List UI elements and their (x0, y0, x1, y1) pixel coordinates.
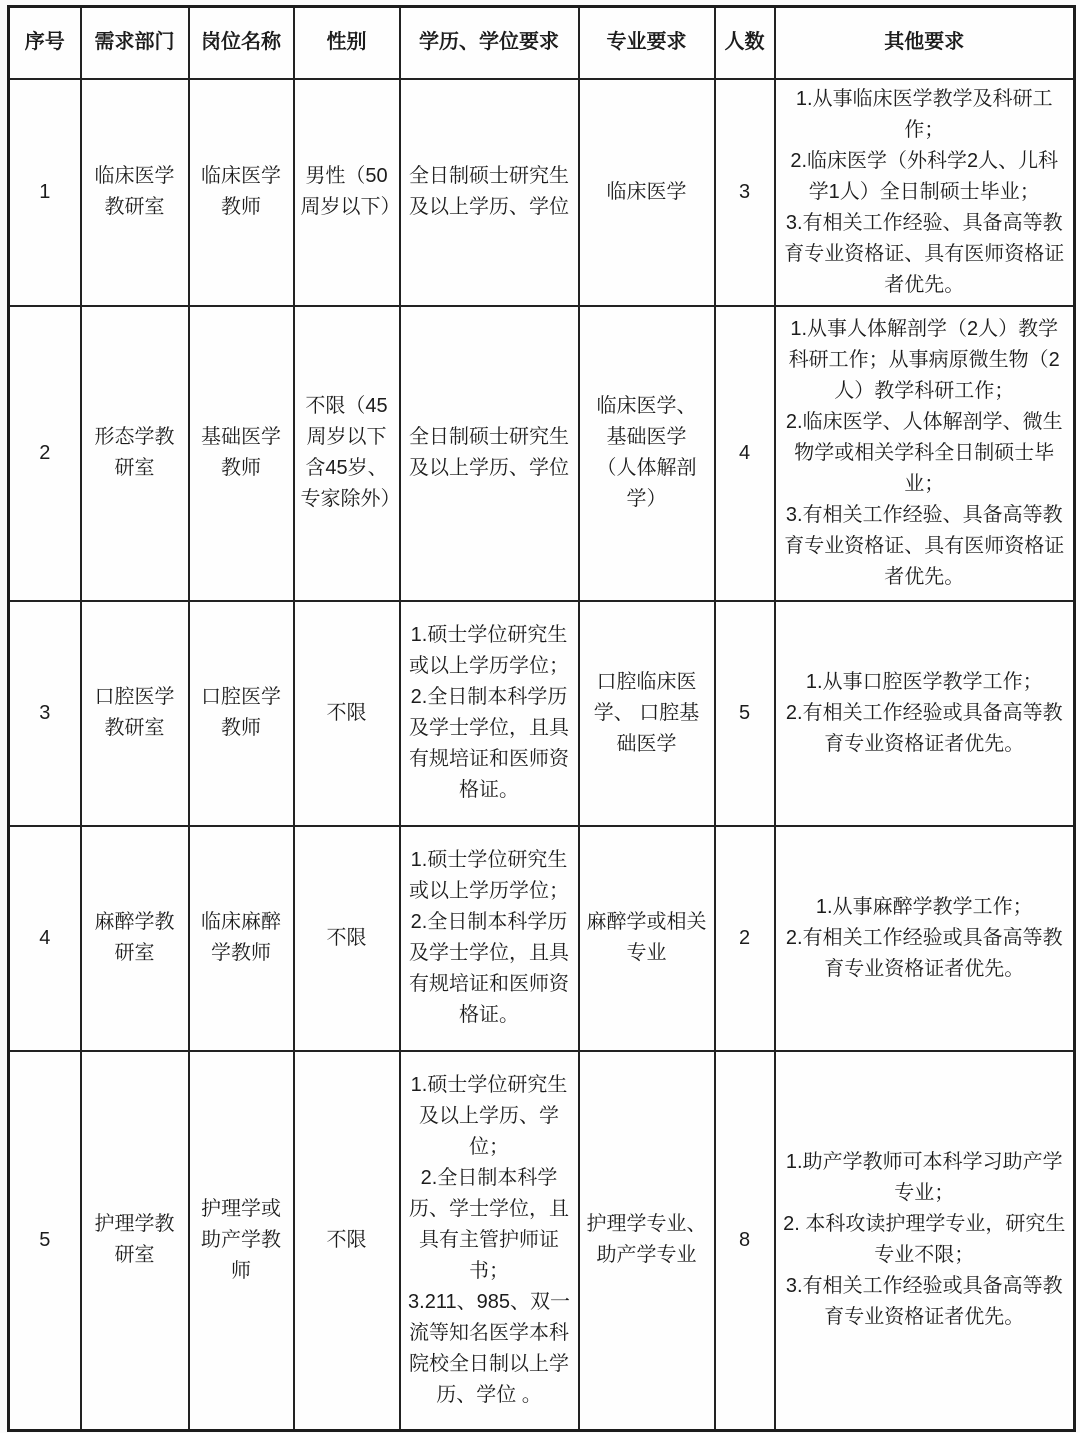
cell-gender: 不限（45周岁以下含45岁、专家除外） (294, 306, 400, 601)
cell-department: 口腔医学教研室 (81, 601, 189, 826)
cell-headcount: 2 (715, 826, 775, 1051)
table-row: 3 口腔医学教研室 口腔医学教师 不限 1.硕士学位研究生或以上学历学位； 2.… (9, 601, 1075, 826)
cell-other-requirements: 1.从事口腔医学教学工作； 2.有相关工作经验或具备高等教育专业资格证者优先。 (775, 601, 1075, 826)
cell-major: 麻醉学或相关专业 (579, 826, 715, 1051)
cell-major: 口腔临床医学、 口腔基础医学 (579, 601, 715, 826)
cell-seq: 5 (9, 1051, 81, 1431)
header-seq: 序号 (9, 7, 81, 79)
header-position: 岗位名称 (189, 7, 294, 79)
cell-major: 临床医学、 基础医学 （人体解剖学） (579, 306, 715, 601)
cell-seq: 1 (9, 79, 81, 306)
cell-gender: 不限 (294, 826, 400, 1051)
table-row: 2 形态学教研室 基础医学教师 不限（45周岁以下含45岁、专家除外） 全日制硕… (9, 306, 1075, 601)
cell-education: 1.硕士学位研究生或以上学历学位； 2.全日制本科学历及学士学位，且具有规培证和… (400, 826, 579, 1051)
cell-department: 护理学教研室 (81, 1051, 189, 1431)
cell-gender: 不限 (294, 1051, 400, 1431)
cell-position: 基础医学教师 (189, 306, 294, 601)
table-row: 1 临床医学教研室 临床医学教师 男性（50周岁以下） 全日制硕士研究生及以上学… (9, 79, 1075, 306)
header-major: 专业要求 (579, 7, 715, 79)
cell-position: 护理学或助产学教师 (189, 1051, 294, 1431)
cell-position: 口腔医学教师 (189, 601, 294, 826)
cell-position: 临床麻醉学教师 (189, 826, 294, 1051)
cell-headcount: 3 (715, 79, 775, 306)
table-row: 5 护理学教研室 护理学或助产学教师 不限 1.硕士学位研究生及以上学历、学位；… (9, 1051, 1075, 1431)
header-headcount: 人数 (715, 7, 775, 79)
cell-other-requirements: 1.从事人体解剖学（2人）教学科研工作；从事病原微生物（2人）教学科研工作； 2… (775, 306, 1075, 601)
header-education: 学历、学位要求 (400, 7, 579, 79)
cell-headcount: 5 (715, 601, 775, 826)
cell-major: 护理学专业、助产学专业 (579, 1051, 715, 1431)
header-other: 其他要求 (775, 7, 1075, 79)
cell-education: 全日制硕士研究生及以上学历、学位 (400, 306, 579, 601)
cell-other-requirements: 1.从事麻醉学教学工作； 2.有相关工作经验或具备高等教育专业资格证者优先。 (775, 826, 1075, 1051)
cell-seq: 4 (9, 826, 81, 1051)
cell-education: 1.硕士学位研究生或以上学历学位； 2.全日制本科学历及学士学位，且具有规培证和… (400, 601, 579, 826)
cell-department: 形态学教研室 (81, 306, 189, 601)
cell-seq: 3 (9, 601, 81, 826)
recruitment-table-container: 序号 需求部门 岗位名称 性别 学历、学位要求 专业要求 人数 其他要求 1 临… (7, 5, 1076, 1432)
cell-seq: 2 (9, 306, 81, 601)
cell-department: 麻醉学教研室 (81, 826, 189, 1051)
cell-major: 临床医学 (579, 79, 715, 306)
table-row: 4 麻醉学教研室 临床麻醉学教师 不限 1.硕士学位研究生或以上学历学位； 2.… (9, 826, 1075, 1051)
cell-department: 临床医学教研室 (81, 79, 189, 306)
recruitment-table: 序号 需求部门 岗位名称 性别 学历、学位要求 专业要求 人数 其他要求 1 临… (7, 5, 1076, 1432)
cell-headcount: 8 (715, 1051, 775, 1431)
cell-education: 1.硕士学位研究生及以上学历、学位； 2.全日制本科学历、学士学位，且具有主管护… (400, 1051, 579, 1431)
cell-other-requirements: 1.从事临床医学教学及科研工作； 2.临床医学（外科学2人、儿科学1人）全日制硕… (775, 79, 1075, 306)
cell-gender: 男性（50周岁以下） (294, 79, 400, 306)
cell-other-requirements: 1.助产学教师可本科学习助产学专业； 2. 本科攻读护理学专业，研究生专业不限；… (775, 1051, 1075, 1431)
cell-education: 全日制硕士研究生及以上学历、学位 (400, 79, 579, 306)
cell-gender: 不限 (294, 601, 400, 826)
header-department: 需求部门 (81, 7, 189, 79)
table-header-row: 序号 需求部门 岗位名称 性别 学历、学位要求 专业要求 人数 其他要求 (9, 7, 1075, 79)
cell-headcount: 4 (715, 306, 775, 601)
header-gender: 性别 (294, 7, 400, 79)
cell-position: 临床医学教师 (189, 79, 294, 306)
